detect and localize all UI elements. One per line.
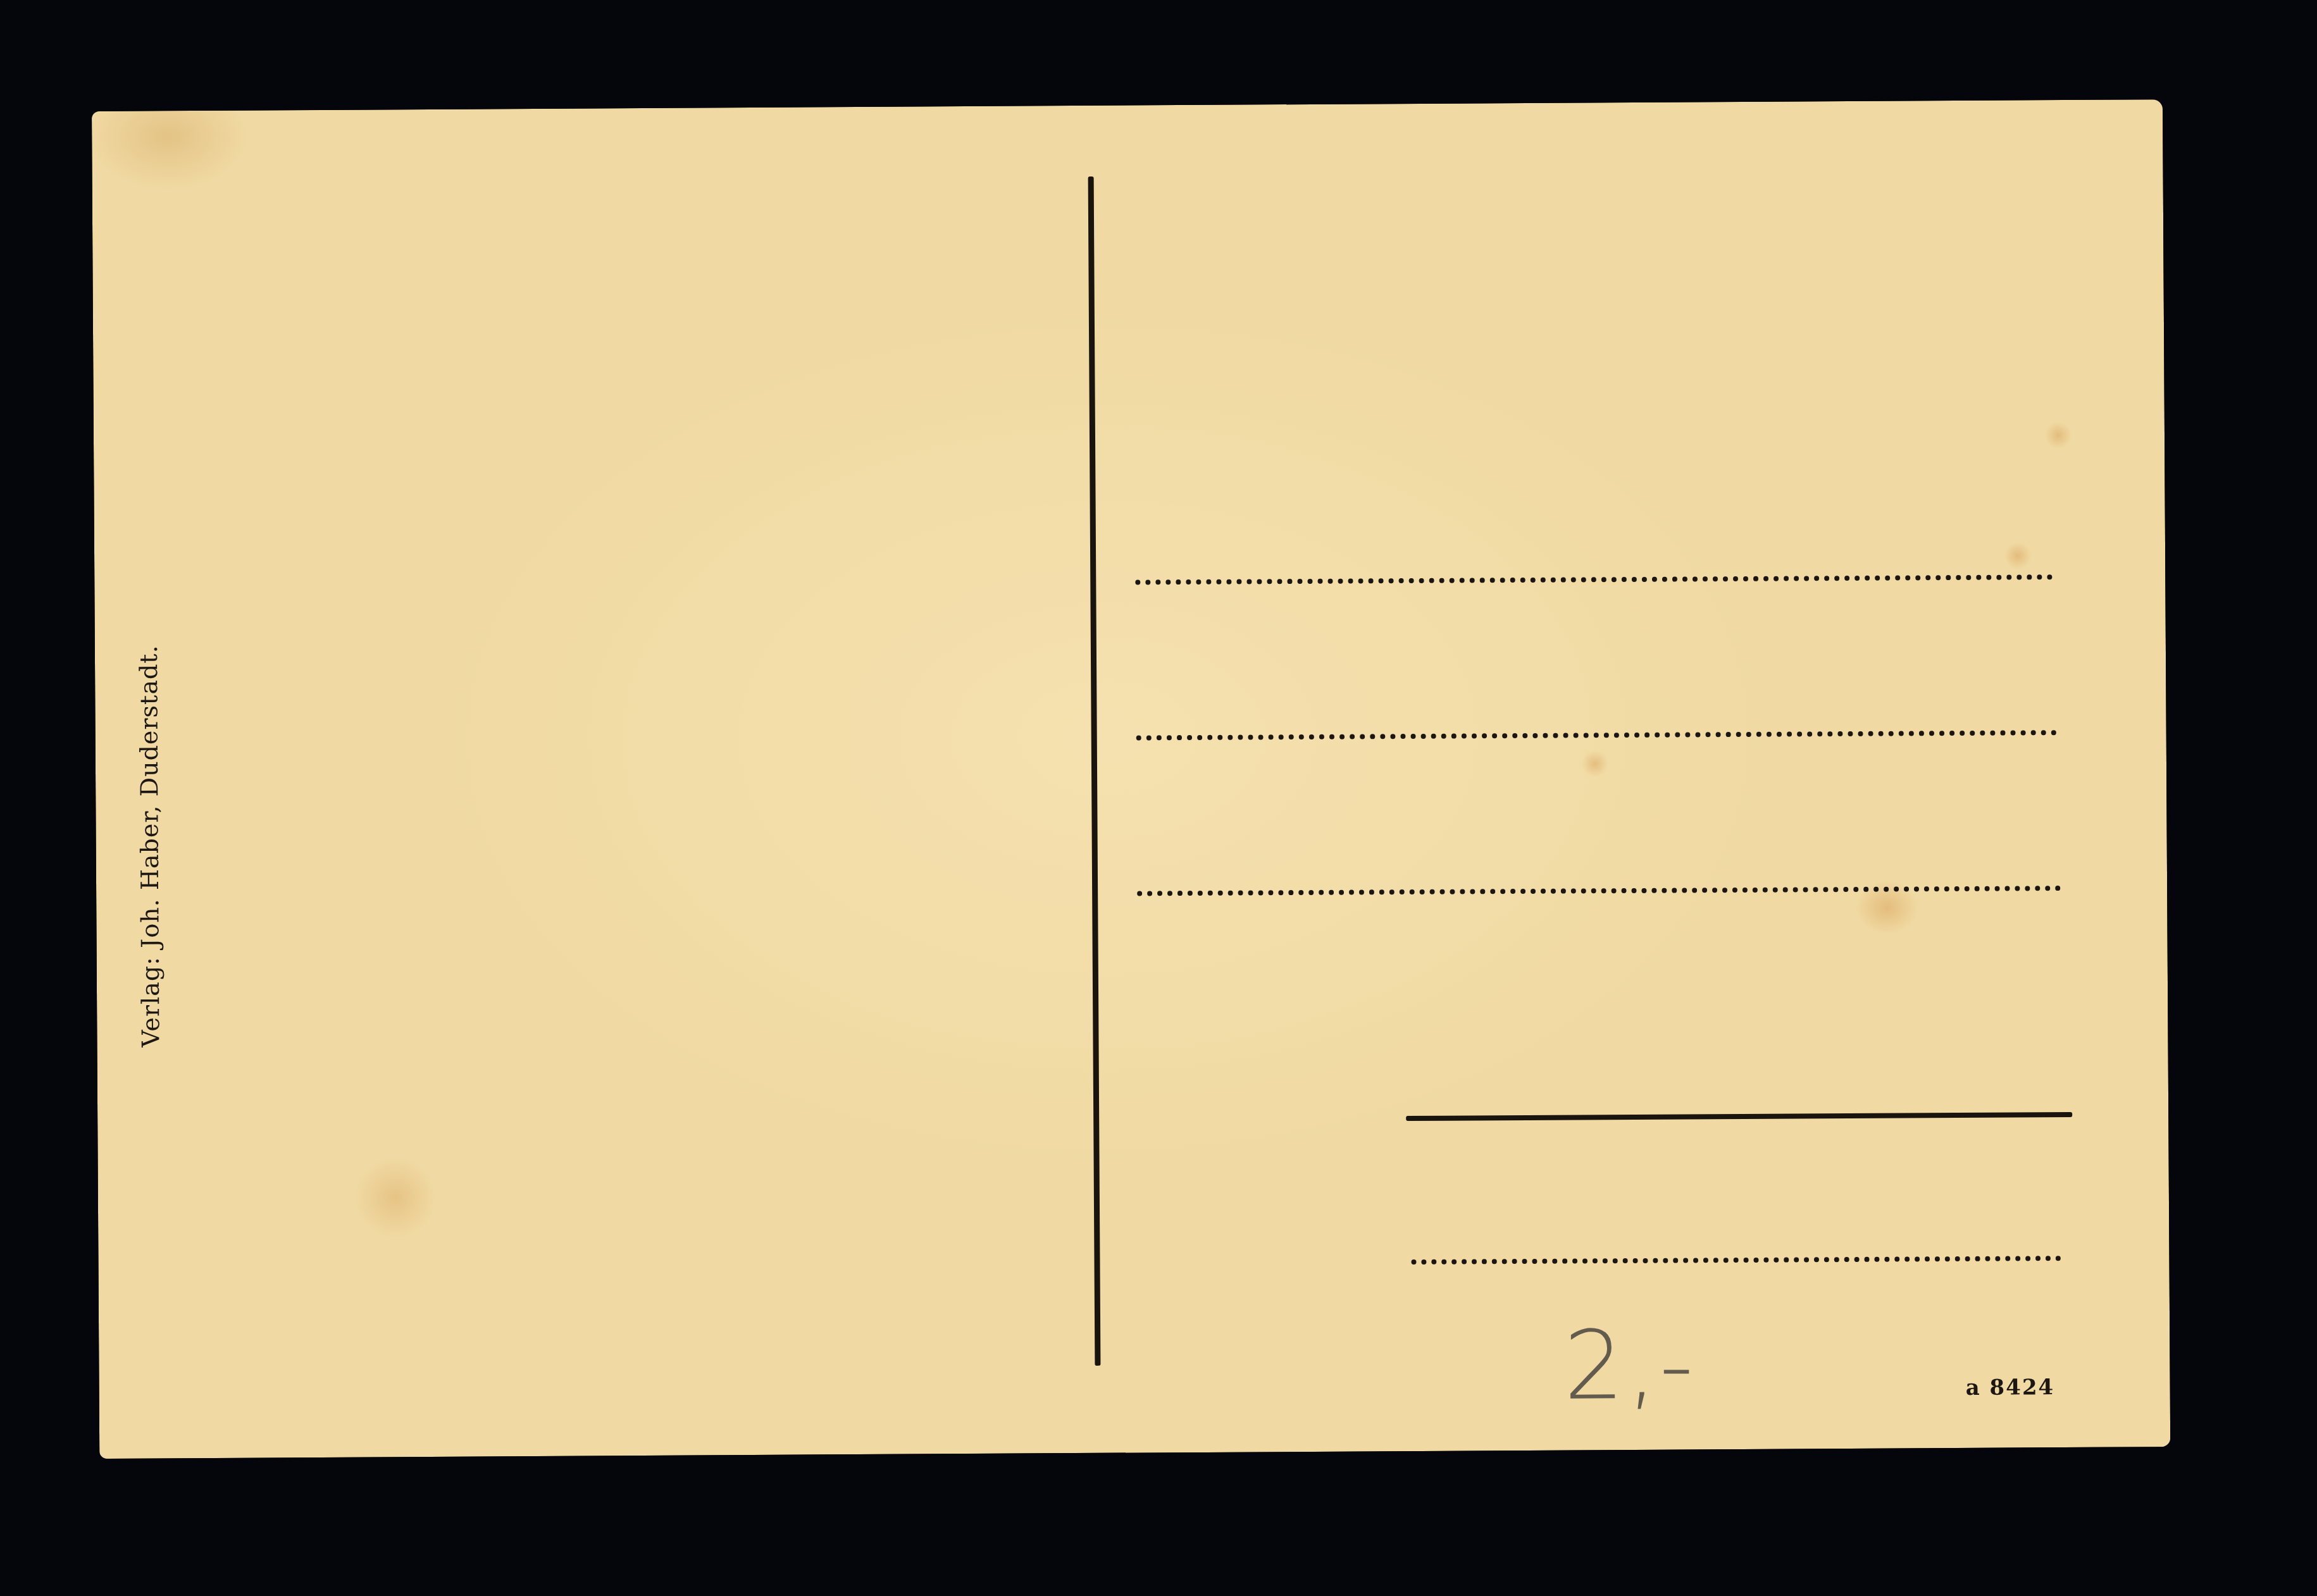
address-line-2: [1136, 730, 2057, 740]
address-line-5: [1411, 1256, 2061, 1265]
handwritten-price: 2,-: [1563, 1310, 1696, 1421]
address-line-solid: [1406, 1112, 2072, 1121]
publisher-imprint: Verlag: Joh. Haber, Duderstadt.: [135, 645, 165, 1047]
address-line-1: [1135, 574, 2053, 585]
card-number: a 8424: [1966, 1375, 2055, 1401]
center-divider-line: [1088, 176, 1101, 1366]
postcard-back: Verlag: Joh. Haber, Duderstadt. 2,- a 84…: [92, 99, 2170, 1459]
address-line-3: [1137, 886, 2061, 896]
